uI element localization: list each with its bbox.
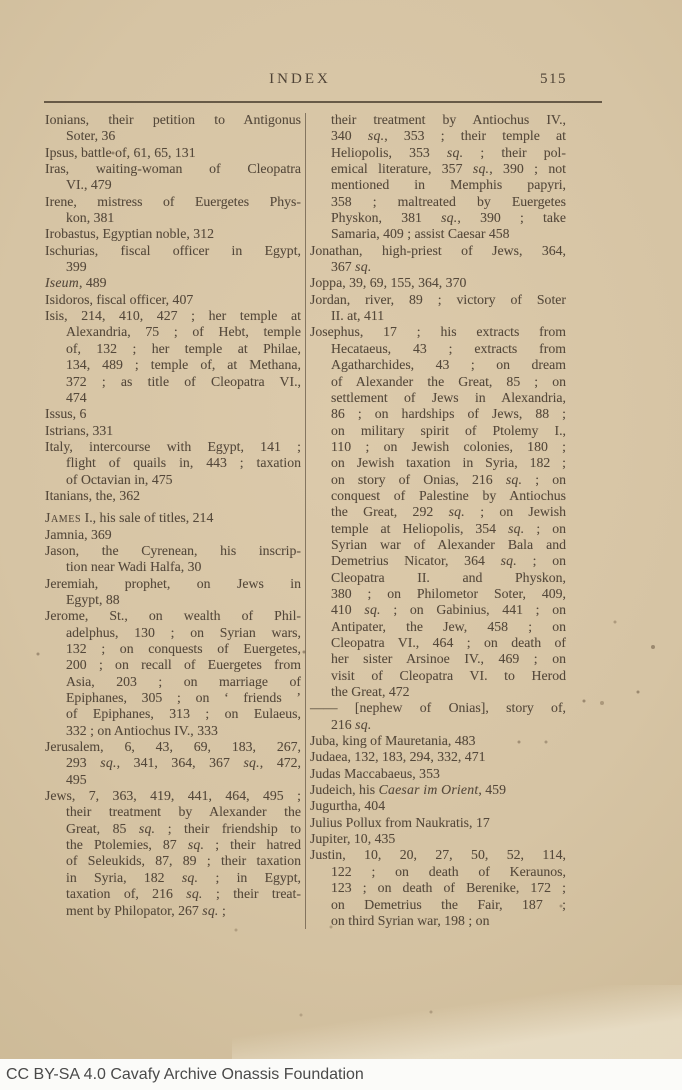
index-line: 122 ; on death of Keraunos,	[310, 864, 566, 880]
index-line: Hecataeus, 43 ; extracts from	[310, 341, 566, 357]
index-line: —— [nephew of Onias], story of,	[310, 700, 566, 716]
index-line: Epiphanes, 305 ; on ‘ friends ’	[45, 690, 301, 706]
index-line: on third Syrian war, 198 ; on	[310, 913, 566, 929]
index-line: 410 sq. ; on Gabinius, 441 ; on	[310, 602, 566, 618]
index-line: Jerome, St., on wealth of Phil-	[45, 608, 301, 624]
index-line: 367 sq.	[310, 259, 566, 275]
index-line: Issus, 6	[45, 406, 301, 422]
index-line: on military spirit of Ptolemy I.,	[310, 423, 566, 439]
index-line: 399	[45, 259, 301, 275]
index-line: on Demetrius the Fair, 187 ;	[310, 897, 566, 913]
book-page: INDEX 515 Ionians, their petition to Ant…	[0, 0, 682, 1090]
header-rule	[44, 101, 602, 103]
index-line: Italy, intercourse with Egypt, 141 ;	[45, 439, 301, 455]
index-line: 110 ; on Jewish colonies, 180 ;	[310, 439, 566, 455]
index-line: Jeremiah, prophet, on Jews in	[45, 576, 301, 592]
index-line: Judeich, his Caesar im Orient, 459	[310, 782, 566, 798]
index-line: Iseum, 489	[45, 275, 301, 291]
index-line: 372 ; as title of Cleopatra VI.,	[45, 374, 301, 390]
page-specks	[0, 0, 2, 2]
index-line: in Syria, 182 sq. ; in Egypt,	[45, 870, 301, 886]
index-line: 216 sq.	[310, 717, 566, 733]
index-line: Justin, 10, 20, 27, 50, 52, 114,	[310, 847, 566, 863]
page-number: 515	[490, 71, 567, 88]
scan-edge-highlight	[232, 985, 682, 1059]
index-line: flight of quails in, 443 ; taxation	[45, 455, 301, 471]
index-line: their treatment by Alexander the	[45, 804, 301, 820]
index-line: James I., his sale of titles, 214	[45, 510, 301, 526]
index-line: 340 sq., 353 ; their temple at	[310, 128, 566, 144]
index-line: Judas Maccabaeus, 353	[310, 766, 566, 782]
license-text: CC BY-SA 4.0 Cavafy Archive Onassis Foun…	[6, 1066, 364, 1084]
index-line: 358 ; maltreated by Euergetes	[310, 194, 566, 210]
index-line: of Octavian in, 475	[45, 472, 301, 488]
index-line: Samaria, 409 ; assist Caesar 458	[310, 226, 566, 242]
index-line: Joppa, 39, 69, 155, 364, 370	[310, 275, 566, 291]
index-line: 86 ; on hardships of Jews, 88 ;	[310, 406, 566, 422]
index-line: Asia, 203 ; on marriage of	[45, 674, 301, 690]
index-line: Soter, 36	[45, 128, 301, 144]
index-line: of Seleukids, 87, 89 ; their taxation	[45, 853, 301, 869]
index-column-left: Ionians, their petition to AntigonusSote…	[45, 112, 301, 919]
index-line: 134, 489 ; temple of, at Methana,	[45, 357, 301, 373]
index-line: the Ptolemies, 87 sq. ; their hatred	[45, 837, 301, 853]
index-line: Cleopatra VI., 464 ; on death of	[310, 635, 566, 651]
index-line: Alexandria, 75 ; of Hebt, temple	[45, 324, 301, 340]
index-line: 293 sq., 341, 364, 367 sq., 472,	[45, 755, 301, 771]
index-line: Great, 85 sq. ; their friendship to	[45, 821, 301, 837]
page-title: INDEX	[240, 71, 360, 88]
index-line: Juba, king of Mauretania, 483	[310, 733, 566, 749]
index-line: Egypt, 88	[45, 592, 301, 608]
index-line: Jamnia, 369	[45, 527, 301, 543]
index-line: of, 132 ; her temple at Philae,	[45, 341, 301, 357]
index-line: Iras, waiting-woman of Cleopatra	[45, 161, 301, 177]
index-line: Demetrius Nicator, 364 sq. ; on	[310, 553, 566, 569]
index-line: ment by Philopator, 267 sq. ;	[45, 903, 301, 919]
index-line: adelphus, 130 ; on Syrian wars,	[45, 625, 301, 641]
index-line: Antipater, the Jew, 458 ; on	[310, 619, 566, 635]
index-line: Ischurias, fiscal officer in Egypt,	[45, 243, 301, 259]
index-line: 332 ; on Antiochus IV., 333	[45, 723, 301, 739]
index-line: their treatment by Antiochus IV.,	[310, 112, 566, 128]
index-line: temple at Heliopolis, 354 sq. ; on	[310, 521, 566, 537]
index-line: Josephus, 17 ; his extracts from	[310, 324, 566, 340]
index-line: Jason, the Cyrenean, his inscrip-	[45, 543, 301, 559]
index-line: Cleopatra II. and Physkon,	[310, 570, 566, 586]
index-line: emical literature, 357 sq., 390 ; not	[310, 161, 566, 177]
license-bar: CC BY-SA 4.0 Cavafy Archive Onassis Foun…	[0, 1059, 682, 1090]
index-line: Jupiter, 10, 435	[310, 831, 566, 847]
index-line: kon, 381	[45, 210, 301, 226]
index-line: the Great, 292 sq. ; on Jewish	[310, 504, 566, 520]
index-line: visit of Cleopatra VI. to Herod	[310, 668, 566, 684]
index-line: Jerusalem, 6, 43, 69, 183, 267,	[45, 739, 301, 755]
index-line: the Great, 472	[310, 684, 566, 700]
index-line: Jews, 7, 363, 419, 441, 464, 495 ;	[45, 788, 301, 804]
index-line: of Epiphanes, 313 ; on Eulaeus,	[45, 706, 301, 722]
index-line: Agatharchides, 43 ; on dream	[310, 357, 566, 373]
index-line: tion near Wadi Halfa, 30	[45, 559, 301, 575]
index-line: mentioned in Memphis papyri,	[310, 177, 566, 193]
index-line: on Jewish taxation in Syria, 182 ;	[310, 455, 566, 471]
index-line: Jordan, river, 89 ; victory of Soter	[310, 292, 566, 308]
index-line: taxation of, 216 sq. ; their treat-	[45, 886, 301, 902]
index-line: Istrians, 331	[45, 423, 301, 439]
index-line: 474	[45, 390, 301, 406]
index-line: 495	[45, 772, 301, 788]
index-line: settlement of Jews in Alexandria,	[310, 390, 566, 406]
index-line: of Alexander the Great, 85 ; on	[310, 374, 566, 390]
index-line: Judaea, 132, 183, 294, 332, 471	[310, 749, 566, 765]
index-line: Itanians, the, 362	[45, 488, 301, 504]
index-line: Julius Pollux from Naukratis, 17	[310, 815, 566, 831]
index-line: Syrian war of Alexander Bala and	[310, 537, 566, 553]
index-line: Isidoros, fiscal officer, 407	[45, 292, 301, 308]
index-column-right: their treatment by Antiochus IV.,340 sq.…	[310, 112, 566, 929]
index-line: II. at, 411	[310, 308, 566, 324]
index-line: Irene, mistress of Euergetes Phys-	[45, 194, 301, 210]
index-line: Ionians, their petition to Antigonus	[45, 112, 301, 128]
index-line: Isis, 214, 410, 427 ; her temple at	[45, 308, 301, 324]
index-line: on story of Onias, 216 sq. ; on	[310, 472, 566, 488]
index-line: Jugurtha, 404	[310, 798, 566, 814]
column-divider	[305, 113, 306, 929]
index-line: Physkon, 381 sq., 390 ; take	[310, 210, 566, 226]
index-line: Ipsus, battle of, 61, 65, 131	[45, 145, 301, 161]
index-line: Jonathan, high-priest of Jews, 364,	[310, 243, 566, 259]
index-line: VI., 479	[45, 177, 301, 193]
index-line: 380 ; on Philometor Soter, 409,	[310, 586, 566, 602]
index-line: conquest of Palestine by Antiochus	[310, 488, 566, 504]
index-line: Irobastus, Egyptian noble, 312	[45, 226, 301, 242]
index-line: 200 ; on recall of Euergetes from	[45, 657, 301, 673]
index-line: 132 ; on conquests of Euergetes,	[45, 641, 301, 657]
index-line: 123 ; on death of Berenike, 172 ;	[310, 880, 566, 896]
index-line: Heliopolis, 353 sq. ; their pol-	[310, 145, 566, 161]
index-line: her sister Arsinoe IV., 469 ; on	[310, 651, 566, 667]
